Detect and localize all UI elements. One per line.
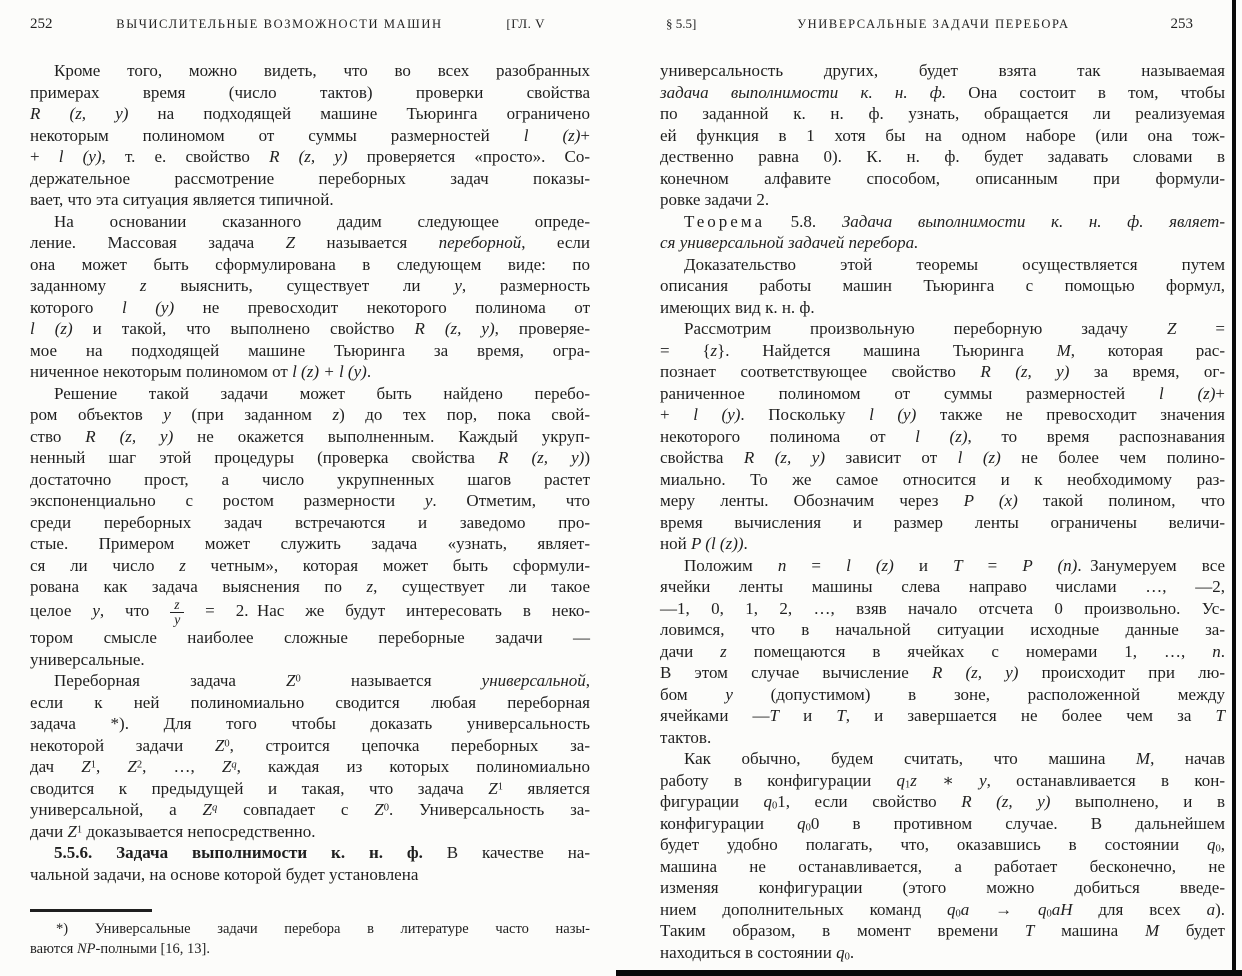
- text-line: машина не останавливается, а работает бе…: [660, 856, 1225, 878]
- text-line: работу в конфигурации q1z ∗ y, останавли…: [660, 770, 1225, 792]
- text-segment: .: [367, 362, 371, 381]
- text-segment: . Отметим, что: [432, 491, 590, 510]
- text-segment: M: [1057, 341, 1071, 360]
- text-line: бом y (допустимом) в зоне, расположенной…: [660, 684, 1225, 706]
- text-segment: ,: [96, 757, 127, 776]
- text-segment: Z: [286, 233, 295, 252]
- text-line: чальной задачи, на основе которой будет …: [30, 864, 590, 886]
- text-segment: +: [660, 405, 693, 424]
- text-segment: дачи: [30, 822, 67, 841]
- text-segment: универсальной: [482, 671, 586, 690]
- text-segment: 5.5.6. Задача выполнимости к. н. ф.: [54, 843, 423, 862]
- text-segment: по заданной к. н. ф. узнать, обращается …: [660, 104, 1225, 123]
- text-line: описания работы машин Тьюринга с помощью…: [660, 275, 1225, 297]
- chapter-ref: [ГЛ. V: [506, 16, 545, 32]
- text-segment: примерах время (число тактов) проверки с…: [30, 83, 590, 102]
- text-segment: помещаются в ячейках с номерами 1, …,: [727, 642, 1212, 661]
- text-segment: Z: [81, 757, 90, 776]
- text-segment: , начав: [1150, 749, 1225, 768]
- text-segment: .: [850, 943, 854, 962]
- text-line: будет удобно полагать, что, оказавшись в…: [660, 834, 1225, 856]
- text-line: заданному z выяснить, существует ли y, р…: [30, 275, 590, 297]
- text-line: сводится к предыдущей и такая, что задач…: [30, 778, 590, 800]
- text-segment: фигурации: [660, 792, 763, 811]
- text-segment: , останавливается в кон-: [987, 771, 1225, 790]
- text-segment: +: [1215, 384, 1225, 403]
- page-left: 252 ВЫЧИСЛИТЕЛЬНЫЕ ВОЗМОЖНОСТИ МАШИН [ГЛ…: [30, 16, 590, 959]
- text-segment: бом: [660, 685, 725, 704]
- page-number-right: 253: [1171, 16, 1194, 33]
- text-segment: a: [1207, 900, 1216, 919]
- text-line: 5.5.6. Задача выполнимости к. н. ф. В ка…: [30, 842, 590, 864]
- text-segment: дач: [30, 757, 81, 776]
- text-segment: проверяется «просто». Со-: [348, 147, 590, 166]
- text-segment: некоторой задачи: [30, 736, 215, 755]
- text-segment: ненный шаг этой процедуры (проверка свой…: [30, 448, 498, 467]
- text-segment: Z: [222, 757, 231, 776]
- text-segment: является: [503, 779, 590, 798]
- text-line: дачи Z1 доказывается непосредственно.: [30, 821, 590, 843]
- text-segment: называется: [301, 671, 482, 690]
- text-line: мое на подходящей машине Тьюринга за вре…: [30, 340, 590, 362]
- footnote-rule: [30, 909, 152, 912]
- text-segment: 1, если свойство: [777, 792, 961, 811]
- text-segment: для всех: [1073, 900, 1207, 919]
- text-line: познает соответствующее свойство R (z, y…: [660, 361, 1225, 383]
- text-segment: y: [92, 600, 100, 619]
- text-line: ление. Массовая задача Z называется пере…: [30, 232, 590, 254]
- text-segment: R (z, y): [85, 427, 173, 446]
- text-segment: тором смысле наиболее сложные переборные…: [30, 628, 590, 647]
- text-segment: Z: [67, 822, 76, 841]
- text-segment: свойства: [660, 448, 744, 467]
- text-segment: совпадает с: [217, 800, 374, 819]
- text-line: задача *). Для того чтобы доказать униве…: [30, 713, 590, 735]
- text-segment: не превосходит некоторого полинома от: [174, 298, 590, 317]
- text-segment: ся универсальной задачей перебора.: [660, 233, 918, 252]
- text-segment: работу в конфигурации: [660, 771, 897, 790]
- text-segment: =: [1176, 319, 1225, 338]
- text-segment: Рассмотрим произвольную переборную задач…: [684, 319, 1167, 338]
- text-segment: не более чем полино-: [1001, 448, 1225, 467]
- text-segment: ,: [586, 671, 590, 690]
- text-segment: если к ней полиномиально сводится любая …: [30, 693, 590, 712]
- text-line: ром объектов y (при заданном z) до тех п…: [30, 404, 590, 426]
- text-segment: изменяя конфигурации (этого можно добить…: [660, 878, 1225, 897]
- text-segment: R (z, y): [269, 147, 347, 166]
- text-line: ненный шаг этой процедуры (проверка свой…: [30, 447, 590, 469]
- text-segment: l (z): [30, 319, 73, 338]
- text-column-left: Кроме того, можно видеть, что во всех ра…: [30, 60, 590, 885]
- text-segment: , …,: [142, 757, 222, 776]
- text-line: ячейки ленты машины слева направо числам…: [660, 576, 1225, 598]
- text-line: достаточно прост, а число укрупненных ша…: [30, 469, 590, 491]
- text-segment: дачи: [660, 642, 720, 661]
- text-line: ной P (l (z)).: [660, 533, 1225, 555]
- text-segment: R (z, y): [744, 448, 825, 467]
- text-segment: Z: [127, 757, 136, 776]
- text-segment: ).: [1215, 900, 1225, 919]
- text-line: Переборная задача Z0 называется универса…: [30, 670, 590, 692]
- text-segment: Z: [374, 800, 383, 819]
- text-segment: время вычисления и размер ленты ограниче…: [660, 513, 1225, 532]
- text-line: ровке задачи 2.: [660, 189, 1225, 211]
- text-segment: P (n): [1022, 556, 1077, 575]
- text-line: держательное рассмотрение переборных зад…: [30, 168, 590, 190]
- text-line: дественно равна 0). К. н. ф. будет задав…: [660, 146, 1225, 168]
- text-line: Положим n = l (z) и T = P (n). Занумеруе…: [660, 555, 1225, 577]
- text-line: стые. Примером может служить задача «узн…: [30, 533, 590, 555]
- text-line: + l (y). Поскольку l (y) также не превос…: [660, 404, 1225, 426]
- text-segment: R (z, y): [980, 362, 1069, 381]
- text-line: конфигурации q00 в противном случае. В д…: [660, 813, 1225, 835]
- text-segment: универсальной, а: [30, 800, 203, 819]
- text-segment: z: [140, 276, 147, 295]
- running-title-left: ВЫЧИСЛИТЕЛЬНЫЕ ВОЗМОЖНОСТИ МАШИН: [116, 17, 442, 32]
- text-segment: машина не останавливается, а работает бе…: [660, 857, 1225, 876]
- text-segment: Кроме того, можно видеть, что во всех ра…: [54, 61, 590, 80]
- text-line: На основании сказанного дадим следующее …: [30, 211, 590, 233]
- text-segment: Таким образом, в момент времени: [660, 921, 1025, 940]
- text-line: примерах время (число тактов) проверки с…: [30, 82, 590, 104]
- section-ref: § 5.5]: [666, 16, 696, 32]
- text-segment: }. Найдется машина Тьюринга: [717, 341, 1056, 360]
- text-line: среди переборных задач встречаются и зав…: [30, 512, 590, 534]
- text-line: ловимся, что в начальной ситуации исходн…: [660, 619, 1225, 641]
- text-segment: на подходящей машине Тьюринга ограничено: [128, 104, 590, 123]
- text-line: = {z}. Найдется машина Тьюринга M, котор…: [660, 340, 1225, 362]
- text-line: меру ленты. Обозначим через P (x) такой …: [660, 490, 1225, 512]
- text-segment: также не превосходит значения: [916, 405, 1225, 424]
- text-segment: y: [163, 405, 171, 424]
- text-segment: 5.8.: [765, 212, 842, 231]
- text-segment: мое на подходящей машине Тьюринга за вре…: [30, 341, 590, 360]
- text-line: Доказательство этой теоремы осуществляет…: [660, 254, 1225, 276]
- text-segment: q: [836, 943, 845, 962]
- text-segment: вает, что эта ситуация является типичной…: [30, 190, 334, 209]
- text-segment: ) до тех пор, пока свой-: [339, 405, 590, 424]
- scan-border-bottom: [616, 970, 1242, 976]
- text-segment: n: [1212, 642, 1221, 661]
- text-segment: , каждая из которых полиномиально: [237, 757, 590, 776]
- text-segment: ся ли число: [30, 556, 179, 575]
- text-segment: aH: [1052, 900, 1073, 919]
- text-segment: q: [1038, 900, 1047, 919]
- text-segment: Доказательство этой теоремы осуществляет…: [684, 255, 1225, 274]
- text-segment: P (l (z)): [691, 534, 744, 553]
- text-line: раниченное полиномом от суммы размерност…: [660, 383, 1225, 405]
- page-right: § 5.5] УНИВЕРСАЛЬНЫЕ ЗАДАЧИ ПЕРЕБОРА 253…: [660, 16, 1225, 963]
- page-right-header: § 5.5] УНИВЕРСАЛЬНЫЕ ЗАДАЧИ ПЕРЕБОРА 253: [660, 16, 1225, 33]
- text-segment: z: [910, 771, 917, 790]
- text-segment: q: [897, 771, 906, 790]
- text-segment: z: [720, 642, 727, 661]
- text-segment: M: [1136, 749, 1150, 768]
- text-segment: (допустимом) в зоне, расположенной между: [733, 685, 1225, 704]
- text-segment: будет: [1159, 921, 1225, 940]
- text-segment: l (z): [524, 126, 581, 145]
- text-line: + l (y), т. е. свойство R (z, y) проверя…: [30, 146, 590, 168]
- text-line: —1, 0, 1, 2, …, взяв начало отсчета 0 пр…: [660, 598, 1225, 620]
- text-segment: R (z, y): [932, 663, 1018, 682]
- text-segment: q: [763, 792, 772, 811]
- text-segment: ниченное некоторым полиномом от: [30, 362, 292, 381]
- text-segment: , и завершается не более чем за: [846, 706, 1216, 725]
- text-line: по заданной к. н. ф. узнать, обращается …: [660, 103, 1225, 125]
- text-segment: выполнено, и в: [1050, 792, 1225, 811]
- text-line: Таким образом, в момент времени T машина…: [660, 920, 1225, 942]
- text-line: Кроме того, можно видеть, что во всех ра…: [30, 60, 590, 82]
- inline-fraction: zy: [170, 598, 184, 628]
- text-segment: которого: [30, 298, 122, 317]
- text-line: ся универсальной задачей перебора.: [660, 232, 1225, 254]
- text-segment: R (z, y): [414, 319, 494, 338]
- text-line: конечном алфавите способом, описанным пр…: [660, 168, 1225, 190]
- text-segment: Задача выполнимости к. н. ф. являет-: [842, 212, 1225, 231]
- text-segment: Она состоит в том, чтобы: [946, 83, 1225, 102]
- text-line: дачи z помещаются в ячейках с номерами 1…: [660, 641, 1225, 663]
- text-segment: Решение такой задачи может быть найдено …: [54, 384, 590, 403]
- text-segment: и такой, что выполнено свойство: [73, 319, 415, 338]
- text-segment: .: [744, 534, 748, 553]
- text-segment: стые. Примером может служить задача «узн…: [30, 534, 590, 553]
- text-line: ся ли число z четным», которая может быт…: [30, 555, 590, 577]
- text-segment: . Поскольку: [740, 405, 869, 424]
- text-segment: =: [786, 556, 846, 575]
- text-line: ство R (z, y) не окажется выполненным. К…: [30, 426, 590, 448]
- text-segment: ей функция в 1 хотя бы на одном наборе (…: [660, 126, 1225, 145]
- text-line: ниченное некоторым полиномом от l (z) + …: [30, 361, 590, 383]
- text-line: Как обычно, будем считать, что машина M,…: [660, 748, 1225, 770]
- text-segment: за время, ог-: [1069, 362, 1225, 381]
- text-line: ваются NP-полными [16, 13].: [30, 940, 590, 960]
- text-segment: NP: [77, 941, 96, 957]
- text-segment: ячейки ленты машины слева направо числам…: [660, 577, 1225, 596]
- text-segment: +: [580, 126, 590, 145]
- text-segment: . Занумеруем все: [1077, 556, 1225, 575]
- text-segment: . Универсальность за-: [389, 800, 590, 819]
- text-line: некоторым полиномом от суммы размерносте…: [30, 125, 590, 147]
- text-segment: переборной: [439, 233, 522, 252]
- text-line: находиться в состоянии q0.: [660, 942, 1225, 964]
- text-segment: Z: [488, 779, 497, 798]
- text-segment: a: [961, 900, 970, 919]
- text-segment: нием дополнительных команд: [660, 900, 947, 919]
- text-segment: l (z): [958, 448, 1001, 467]
- text-line: задача выполнимости к. н. ф. Она состоит…: [660, 82, 1225, 104]
- text-line: она может быть сформулирована в следующе…: [30, 254, 590, 276]
- text-segment: раниченное полиномом от суммы размерност…: [660, 384, 1159, 403]
- text-segment: ваются: [30, 941, 77, 957]
- text-segment: P (x): [964, 491, 1018, 510]
- text-segment: , т. е. свойство: [102, 147, 270, 166]
- text-line: миально. То же самое относится и к необх…: [660, 469, 1225, 491]
- text-segment: y: [979, 771, 987, 790]
- text-line: если к ней полиномиально сводится любая …: [30, 692, 590, 714]
- text-line: которого l (y) не превосходит некоторого…: [30, 297, 590, 319]
- text-segment: →: [969, 900, 1038, 919]
- text-segment: , размерность: [462, 276, 590, 295]
- text-line: экспоненциально с ростом размерности y. …: [30, 490, 590, 512]
- text-line: некоторой задачи Z0, строится цепочка пе…: [30, 735, 590, 757]
- text-segment: универсальность других, будет взята так …: [660, 61, 1225, 80]
- text-segment: сводится к предыдущей и такая, что задач…: [30, 779, 488, 798]
- text-segment: R (z, y): [30, 104, 128, 123]
- text-segment: меру ленты. Обозначим через: [660, 491, 964, 510]
- text-segment: T: [836, 706, 845, 725]
- text-segment: познает соответствующее свойство: [660, 362, 980, 381]
- text-segment: T: [1216, 706, 1225, 725]
- text-line: В этом случае вычисление R (z, y) происх…: [660, 662, 1225, 684]
- text-segment: конфигурации: [660, 814, 797, 833]
- text-line: целое y, что zy = 2. Нас же будут интере…: [30, 598, 590, 628]
- text-segment: рована как задача выяснения по: [30, 577, 367, 596]
- footnote-text: *) Универсальные задачи перебора в литер…: [30, 920, 590, 959]
- text-line: R (z, y) на подходящей машине Тьюринга о…: [30, 103, 590, 125]
- text-segment: ление. Массовая задача: [30, 233, 286, 252]
- text-segment: чальной задачи, на основе которой будет …: [30, 865, 418, 884]
- text-segment: l (y): [693, 405, 740, 424]
- text-segment: и: [779, 706, 836, 725]
- text-segment: T: [953, 556, 962, 575]
- text-segment: тактов.: [660, 728, 711, 747]
- text-segment: -полными [16, 13].: [96, 941, 210, 957]
- text-line: универсальной, а Zq совпадает с Z0. Унив…: [30, 799, 590, 821]
- text-segment: имеющих вид к. н. ф.: [660, 298, 815, 317]
- text-segment: l (y): [122, 298, 174, 317]
- text-segment: ): [584, 448, 590, 467]
- page-left-header: 252 ВЫЧИСЛИТЕЛЬНЫЕ ВОЗМОЖНОСТИ МАШИН [ГЛ…: [30, 16, 590, 33]
- text-segment: описания работы машин Тьюринга с помощью…: [660, 276, 1225, 295]
- text-segment: , которая рас-: [1071, 341, 1225, 360]
- text-segment: ячейками —: [660, 706, 770, 725]
- text-segment: =: [963, 556, 1023, 575]
- text-segment: ром объектов: [30, 405, 163, 424]
- text-segment: —1, 0, 1, 2, …, взяв начало отсчета 0 пр…: [660, 599, 1225, 618]
- book-spread: 252 ВЫЧИСЛИТЕЛЬНЫЕ ВОЗМОЖНОСТИ МАШИН [ГЛ…: [0, 0, 1242, 976]
- text-segment: Как обычно, будем считать, что машина: [684, 749, 1136, 768]
- text-segment: , если: [521, 233, 590, 252]
- text-segment: экспоненциально с ростом размерности: [30, 491, 425, 510]
- text-line: ячейками —T и T, и завершается не более …: [660, 705, 1225, 727]
- text-column-right: универсальность других, будет взята так …: [660, 60, 1225, 963]
- text-segment: некоторым полиномом от суммы размерносте…: [30, 126, 524, 145]
- text-line: l (z) и такой, что выполнено свойство R …: [30, 318, 590, 340]
- text-segment: 0 в противном случае. В дальнейшем: [811, 814, 1225, 833]
- text-line: дач Z1, Z2, …, Zq, каждая из которых пол…: [30, 756, 590, 778]
- text-segment: l (y): [869, 405, 916, 424]
- text-segment: l (z): [846, 556, 894, 575]
- scan-border-right: [1232, 0, 1236, 976]
- text-line: Теорема 5.8. Задача выполнимости к. н. ф…: [660, 211, 1225, 233]
- text-line: фигурации q01, если свойство R (z, y) вы…: [660, 791, 1225, 813]
- text-line: имеющих вид к. н. ф.: [660, 297, 1225, 319]
- text-segment: дественно равна 0). К. н. ф. будет задав…: [660, 147, 1225, 166]
- text-segment: универсальные.: [30, 650, 145, 669]
- text-segment: , существует ли такое: [373, 577, 590, 596]
- text-line: Решение такой задачи может быть найдено …: [30, 383, 590, 405]
- text-segment: T: [1025, 921, 1034, 940]
- text-segment: ловимся, что в начальной ситуации исходн…: [660, 620, 1225, 639]
- text-segment: q: [797, 814, 806, 833]
- text-segment: машина: [1034, 921, 1145, 940]
- text-segment: миально. То же самое относится и к необх…: [660, 470, 1225, 489]
- text-segment: R (z, y): [961, 792, 1050, 811]
- text-segment: M: [1145, 921, 1159, 940]
- text-segment: l (y): [59, 147, 102, 166]
- text-segment: y: [725, 685, 733, 704]
- text-line: ей функция в 1 хотя бы на одном наборе (…: [660, 125, 1225, 147]
- text-segment: будет удобно полагать, что, оказавшись в…: [660, 835, 1207, 854]
- text-line: нием дополнительных команд q0a → q0aH дл…: [660, 899, 1225, 921]
- text-segment: находиться в состоянии: [660, 943, 836, 962]
- text-segment: среди переборных задач встречаются и зав…: [30, 513, 590, 532]
- text-segment: выяснить, существует ли: [147, 276, 455, 295]
- text-segment: Переборная задача: [54, 671, 286, 690]
- text-segment: , строится цепочка переборных за-: [230, 736, 590, 755]
- text-segment: В качестве на-: [423, 843, 590, 862]
- running-title-right: УНИВЕРСАЛЬНЫЕ ЗАДАЧИ ПЕРЕБОРА: [797, 17, 1069, 32]
- text-segment: .: [1221, 642, 1225, 661]
- text-line: тактов.: [660, 727, 1225, 749]
- text-segment: , то время распознавания: [968, 427, 1226, 446]
- text-segment: T: [770, 706, 779, 725]
- text-segment: В этом случае вычисление: [660, 663, 932, 682]
- text-line: изменяя конфигурации (этого можно добить…: [660, 877, 1225, 899]
- text-segment: называется: [295, 233, 439, 252]
- text-segment: Теорема: [684, 212, 765, 231]
- text-segment: конечном алфавите способом, описанным пр…: [660, 169, 1225, 188]
- text-segment: Положим: [684, 556, 778, 575]
- text-line: рована как задача выяснения по z, сущест…: [30, 576, 590, 598]
- text-line: вает, что эта ситуация является типичной…: [30, 189, 590, 211]
- text-segment: заданному: [30, 276, 140, 295]
- text-segment: некоторого полинома от: [660, 427, 915, 446]
- text-segment: = 2. Нас же будут интересовать в неко-: [184, 600, 590, 619]
- text-segment: держательное рассмотрение переборных зад…: [30, 169, 590, 188]
- text-line: *) Универсальные задачи перебора в литер…: [30, 920, 590, 940]
- text-segment: +: [30, 147, 59, 166]
- text-segment: Z: [203, 800, 212, 819]
- text-line: Рассмотрим произвольную переборную задач…: [660, 318, 1225, 340]
- text-line: некоторого полинома от l (z), то время р…: [660, 426, 1225, 448]
- footnote: *) Универсальные задачи перебора в литер…: [30, 909, 590, 959]
- text-segment: ной: [660, 534, 691, 553]
- text-segment: y: [454, 276, 462, 295]
- text-line: универсальность других, будет взята так …: [660, 60, 1225, 82]
- text-segment: l (z): [1159, 384, 1215, 403]
- text-segment: z: [179, 556, 186, 575]
- text-segment: , что: [100, 600, 170, 619]
- text-segment: доказывается непосредственно.: [82, 822, 315, 841]
- text-segment: R (z, y): [498, 448, 584, 467]
- text-segment: Z: [286, 671, 295, 690]
- text-segment: зависит от: [825, 448, 958, 467]
- text-segment: задача выполнимости к. н. ф.: [660, 83, 946, 102]
- text-segment: ровке задачи 2.: [660, 190, 769, 209]
- text-segment: l (z) + l (y): [292, 362, 367, 381]
- text-segment: достаточно прост, а число укрупненных ша…: [30, 470, 590, 489]
- text-segment: не окажется выполненным. Каждый укруп-: [173, 427, 590, 446]
- text-segment: l (z): [915, 427, 967, 446]
- page-number-left: 252: [30, 16, 53, 33]
- text-line: свойства R (z, y) зависит от l (z) не бо…: [660, 447, 1225, 469]
- text-segment: и: [894, 556, 953, 575]
- text-segment: , проверяе-: [495, 319, 590, 338]
- text-segment: задача *). Для того чтобы доказать униве…: [30, 714, 590, 733]
- text-segment: = {: [660, 341, 711, 360]
- text-segment: такой полином, что: [1018, 491, 1225, 510]
